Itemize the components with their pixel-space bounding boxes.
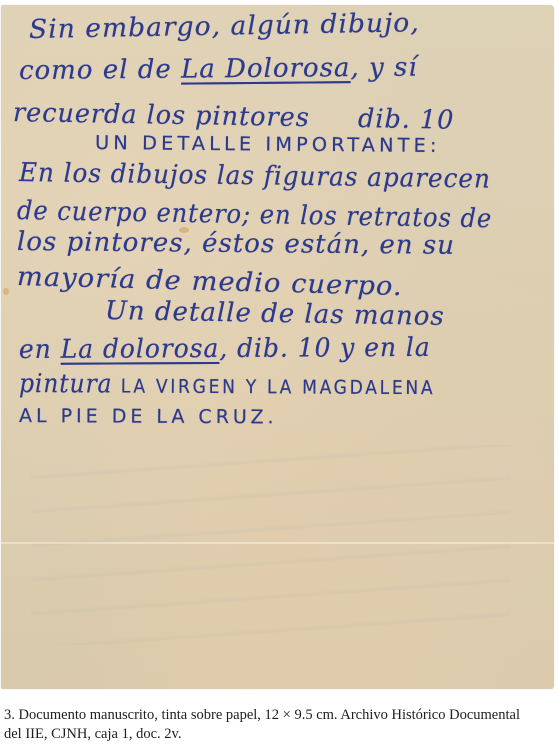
handwritten-text: Sin embargo, algún dibujo, como el de La… [1, 5, 554, 689]
handwritten-line-5: En los dibujos las figuras aparecen [19, 158, 491, 195]
handwritten-line-7: los pintores, éstos están, en su [17, 227, 455, 261]
handwritten-line-10: en La dolorosa, dib. 10 y en la [19, 333, 431, 365]
handwritten-line-3: recuerda los pintores dib. 10 [13, 98, 455, 136]
figure-caption: 3. Documento manuscrito, tinta sobre pap… [4, 706, 556, 744]
handwritten-line-12: AL PIE DE LA CRUZ. [19, 405, 278, 428]
manuscript-page: Sin embargo, algún dibujo, como el de La… [1, 5, 554, 689]
paper-fold-line [1, 542, 554, 544]
caption-line-2: del IIE, CJNH, caja 1, doc. 2v. [4, 725, 556, 744]
handwritten-line-8: mayoría de medio cuerpo. [17, 262, 403, 302]
underlined-title-la-dolorosa: La Dolorosa [181, 53, 351, 84]
caption-line-1: 3. Documento manuscrito, tinta sobre pap… [4, 706, 556, 725]
underlined-title-la-dolorosa-2: La dolorosa [61, 334, 220, 365]
handwritten-line-11: pintura LA VIRGEN Y LA MAGDALENA [19, 369, 435, 401]
handwritten-line-1: Sin embargo, algún dibujo, [29, 8, 420, 45]
handwritten-line-9: Un detalle de las manos [105, 296, 445, 332]
handwritten-line-2: como el de La Dolorosa, y sí [19, 53, 418, 86]
handwritten-heading-important-detail: UN DETALLE IMPORTANTE: [95, 132, 441, 157]
